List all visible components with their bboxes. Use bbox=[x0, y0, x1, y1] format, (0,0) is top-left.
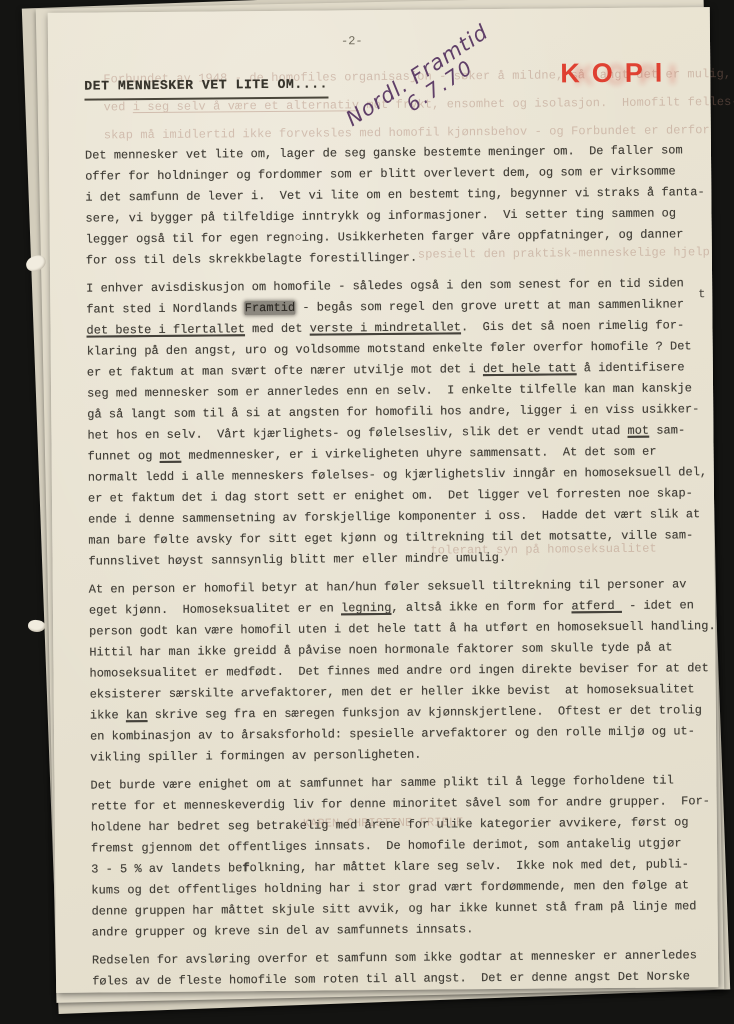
underlined-text: legning bbox=[341, 601, 392, 615]
blotted-correction: Framtid bbox=[245, 301, 296, 315]
underlined-text: det beste i flertallet bbox=[86, 322, 245, 337]
paragraph: At en person er homofil betyr at han/hun… bbox=[89, 574, 723, 769]
paper-fleck bbox=[27, 619, 46, 634]
text-line: for oss til dels skrekkbelagte forestill… bbox=[86, 245, 718, 272]
underlined-text: mot bbox=[160, 449, 182, 463]
paragraph: Det mennesker vet lite om, lager de seg … bbox=[85, 140, 718, 272]
text-line: andre grupper og kreve sin del av samfun… bbox=[92, 917, 724, 944]
document-title: DET MENNESKER VET LITE OM.... bbox=[84, 76, 328, 100]
document-body: Det mennesker vet lite om, lager de seg … bbox=[85, 140, 724, 999]
underlined-text: mot bbox=[627, 424, 649, 438]
margin-stray-mark: t bbox=[698, 287, 705, 301]
paragraph: Redselen for avsløring overfor et samfun… bbox=[92, 945, 724, 993]
overstruck-char: f bbox=[242, 861, 249, 875]
paragraph: I enhver avisdiskusjon om homofile - sål… bbox=[86, 273, 721, 573]
underlined-text: kan bbox=[126, 708, 148, 722]
document-page: Forbundet av 1948 - de homofiles organis… bbox=[48, 7, 719, 993]
paragraph: Det burde være enighet om at samfunnet h… bbox=[90, 770, 723, 944]
text-line: funnslivet høyst sannsynlig blitt mer el… bbox=[88, 546, 720, 573]
ghost-text-fragment: skap må imidlertid ikke forveksles med h… bbox=[104, 123, 710, 142]
underlined-text: verste i mindretallet bbox=[310, 320, 461, 335]
text-line: vikling spiller i formingen av personlig… bbox=[90, 742, 722, 769]
kopi-stamp: KOPI bbox=[560, 57, 674, 89]
page-number: -2- bbox=[341, 34, 363, 48]
underlined-text: atferd bbox=[571, 599, 622, 613]
text-line: føles av de fleste homofile som roten ti… bbox=[92, 966, 724, 993]
underlined-text: det hele tatt bbox=[483, 361, 577, 376]
underlined-text: i seg selv å være et alternativ bbox=[133, 98, 359, 114]
photo-background: Forbundet av 1948 - de homofiles organis… bbox=[0, 0, 734, 1024]
